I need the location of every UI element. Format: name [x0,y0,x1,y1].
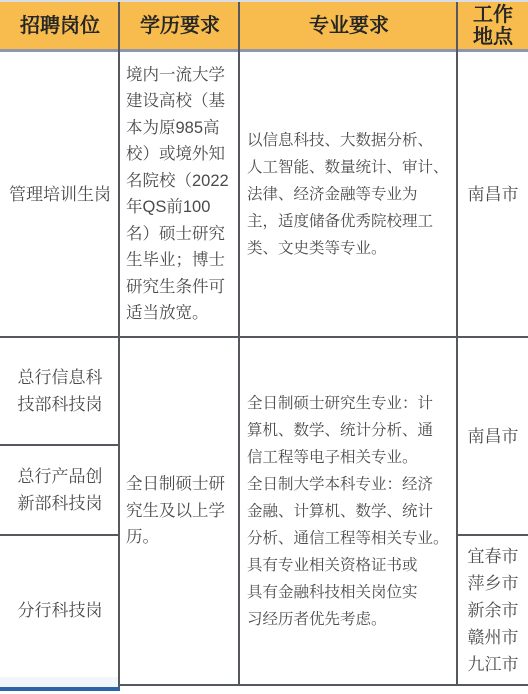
position-cell-management-trainee: 管理培训生岗 [0,52,120,336]
bottom-blue-accent [0,687,120,691]
major-cell-section2: 全日制硕士研究生专业：计 算机、数学、统计分析、通 信工程等电子相关专业。 全日… [240,338,458,684]
education-cell-section2: 全日制硕士研 究生及以上学 历。 [120,338,240,684]
position-cell-hq-it-dept: 总行信息科 技部科技岗 [0,338,120,444]
column-divider [456,2,458,684]
location-cell-branch-cities: 宜春市 萍乡市 新余市 赣州市 九江市 [458,536,528,684]
header-cell-location: 工作 地点 [458,2,528,49]
header-cell-education: 学历要求 [120,2,240,49]
header-cell-major: 专业要求 [240,2,458,49]
education-cell-section1: 境内一流大学 建设高校（基 本为原985高 校）或境外知 名院校（2022 年Q… [120,52,240,336]
column-divider [118,2,120,689]
location-cell-section1: 南昌市 [458,52,528,336]
column-divider [238,2,240,684]
table-bottom-border [118,684,528,686]
position-cell-hq-product-innovation: 总行产品创 新部科技岗 [0,446,120,534]
header-cell-position: 招聘岗位 [0,2,120,49]
position-cell-branch-tech: 分行科技岗 [0,536,120,684]
location-cell-nanchang: 南昌市 [458,338,528,534]
recruitment-table: 招聘岗位 学历要求 专业要求 工作 地点 管理培训生岗 境内一流大学 建设高校（… [0,0,528,694]
bottom-left-highlight [0,677,118,687]
major-cell-section1: 以信息科技、大数据分析、 人工智能、数量统计、审计、 法律、经济金融等专业为 主… [240,52,458,336]
